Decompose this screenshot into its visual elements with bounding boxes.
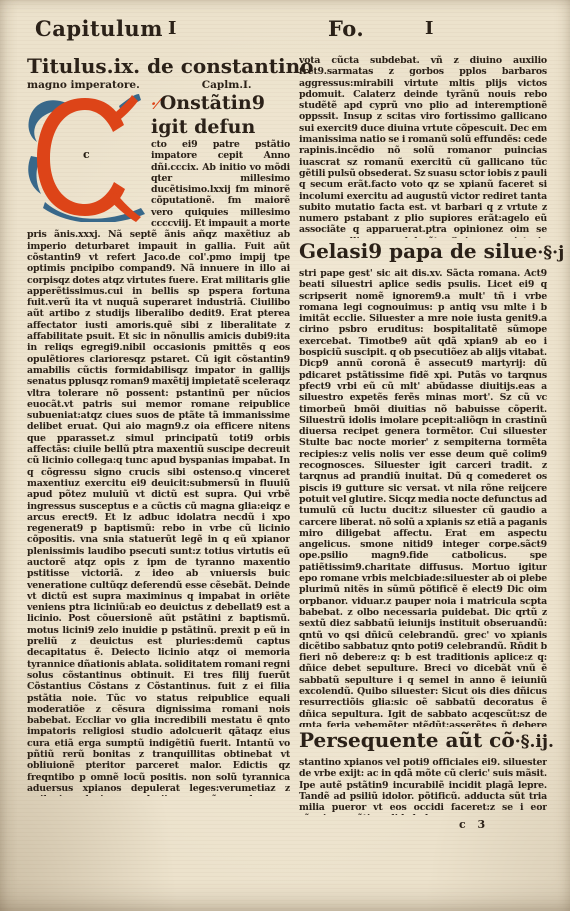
chapter-word: Capitulum	[35, 16, 163, 41]
titulus-heading: Titulus.ix. de constantino	[27, 55, 290, 78]
right-paragraph-3: stantino xpianos vel poti9 officiales ei…	[299, 757, 547, 815]
gathering-signature: c 3	[299, 819, 547, 830]
titulus-byline: magno imperatore.	[27, 78, 140, 92]
running-head: Capitulum I Fo. I	[0, 16, 570, 46]
section-mark: ·§·j	[537, 241, 564, 266]
chapter-numeral: I	[168, 18, 176, 39]
initial-guide-letter: c	[83, 149, 90, 160]
capitulum-label: Caplm.I.	[202, 78, 252, 92]
titulus-subheading: magno imperatore. Caplm.I.	[27, 78, 290, 92]
section-heading-text: Persequente aũt cõ	[299, 728, 515, 753]
section-heading-text: Gelasi9 papa de silue	[299, 239, 537, 264]
left-body-text: cto ei9 patre pstãtio impatore cepit Ann…	[27, 139, 290, 796]
folio-word: Fo.	[328, 16, 364, 41]
section-heading-persequente: Persequente aũt cõ ·§.ij.	[299, 728, 547, 755]
section-mark: ·§.ij.	[515, 730, 554, 755]
right-column: vota cũcta subdebat. vñ z diuino auxilio…	[299, 55, 547, 830]
text-columns: Titulus.ix. de constantino magno imperat…	[27, 55, 547, 830]
right-paragraph-2: stri pape gest' sic ait dis.xv. Sãcta ro…	[299, 268, 547, 727]
section-heading-gelasius: Gelasi9 papa de silue ·§·j	[299, 239, 547, 266]
left-column: Titulus.ix. de constantino magno imperat…	[27, 55, 290, 830]
book-page: Capitulum I Fo. I Titulus.ix. de constan…	[0, 0, 570, 911]
left-column-body: c ·⁄Onstãtin9 igit defun cto ei9 patre p…	[27, 92, 290, 796]
incipit-word-1: Onstãtin9	[160, 92, 265, 114]
paragraph-mark: ·⁄	[151, 95, 159, 113]
right-paragraph-1: vota cũcta subdebat. vñ z diuino auxilio…	[299, 55, 547, 238]
folio-numeral: I	[425, 18, 433, 39]
illuminated-initial: c	[27, 94, 145, 222]
